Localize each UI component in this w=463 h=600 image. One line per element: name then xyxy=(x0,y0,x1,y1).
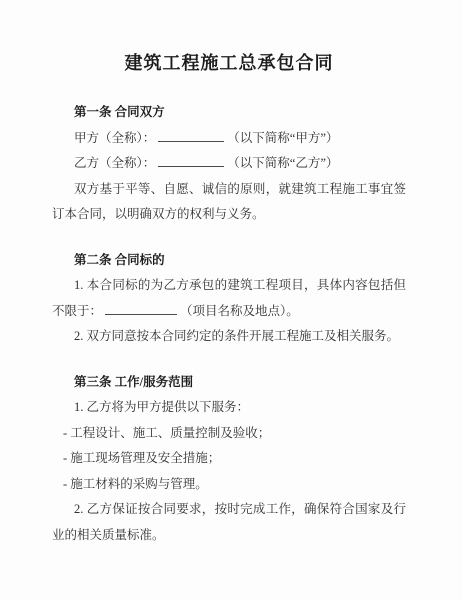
section-2-clause-2: 2. 双方同意按本合同约定的条件开展工程施工及相关服务。 xyxy=(52,324,406,350)
section-contract-subject: 第二条 合同标的 1. 本合同标的为乙方承包的建筑工程项目，具体内容包括但不限于… xyxy=(52,248,406,350)
party-b-fill-in-blank xyxy=(158,154,224,167)
service-list-item: - 施工现场管理及安全措施； xyxy=(52,446,406,472)
section-contract-parties: 第一条 合同双方 甲方（全称）：（以下简称“甲方”） 乙方（全称）：（以下简称“… xyxy=(52,100,406,228)
section-1-heading: 第一条 合同双方 xyxy=(52,100,406,126)
party-b-line: 乙方（全称）：（以下简称“乙方”） xyxy=(52,151,406,177)
section-2-heading: 第二条 合同标的 xyxy=(52,248,406,274)
project-name-fill-in-blank xyxy=(105,302,177,315)
party-a-line: 甲方（全称）：（以下简称“甲方”） xyxy=(52,126,406,152)
section-3-clause-1: 1. 乙方将为甲方提供以下服务： xyxy=(52,395,406,421)
party-b-abbreviation-note: （以下简称“乙方”） xyxy=(227,156,338,170)
contract-document-page: 建筑工程施工总承包合同 第一条 合同双方 甲方（全称）：（以下简称“甲方”） 乙… xyxy=(0,0,463,600)
party-a-abbreviation-note: （以下简称“甲方”） xyxy=(227,131,338,145)
service-list-item: - 工程设计、施工、质量控制及验收； xyxy=(52,421,406,447)
service-list-item: - 施工材料的采购与管理。 xyxy=(52,472,406,498)
section-3-clause-2: 2. 乙方保证按合同要求，按时完成工作，确保符合国家及行业的相关质量标准。 xyxy=(52,497,406,548)
section-2-clause-1: 1. 本合同标的为乙方承包的建筑工程项目，具体内容包括但不限于：（项目名称及地点… xyxy=(52,273,406,324)
section-3-heading: 第三条 工作/服务范围 xyxy=(52,370,406,396)
section-1-paragraph: 双方基于平等、自愿、诚信的原则，就建筑工程施工事宜签订本合同，以明确双方的权利与… xyxy=(52,177,406,228)
document-title: 建筑工程施工总承包合同 xyxy=(52,50,406,76)
section-2-clause-1-note: （项目名称及地点）。 xyxy=(180,304,299,318)
party-a-label: 甲方（全称）： xyxy=(74,131,155,145)
party-b-label: 乙方（全称）： xyxy=(74,156,155,170)
section-work-scope: 第三条 工作/服务范围 1. 乙方将为甲方提供以下服务： - 工程设计、施工、质… xyxy=(52,370,406,549)
party-a-fill-in-blank xyxy=(158,129,224,142)
